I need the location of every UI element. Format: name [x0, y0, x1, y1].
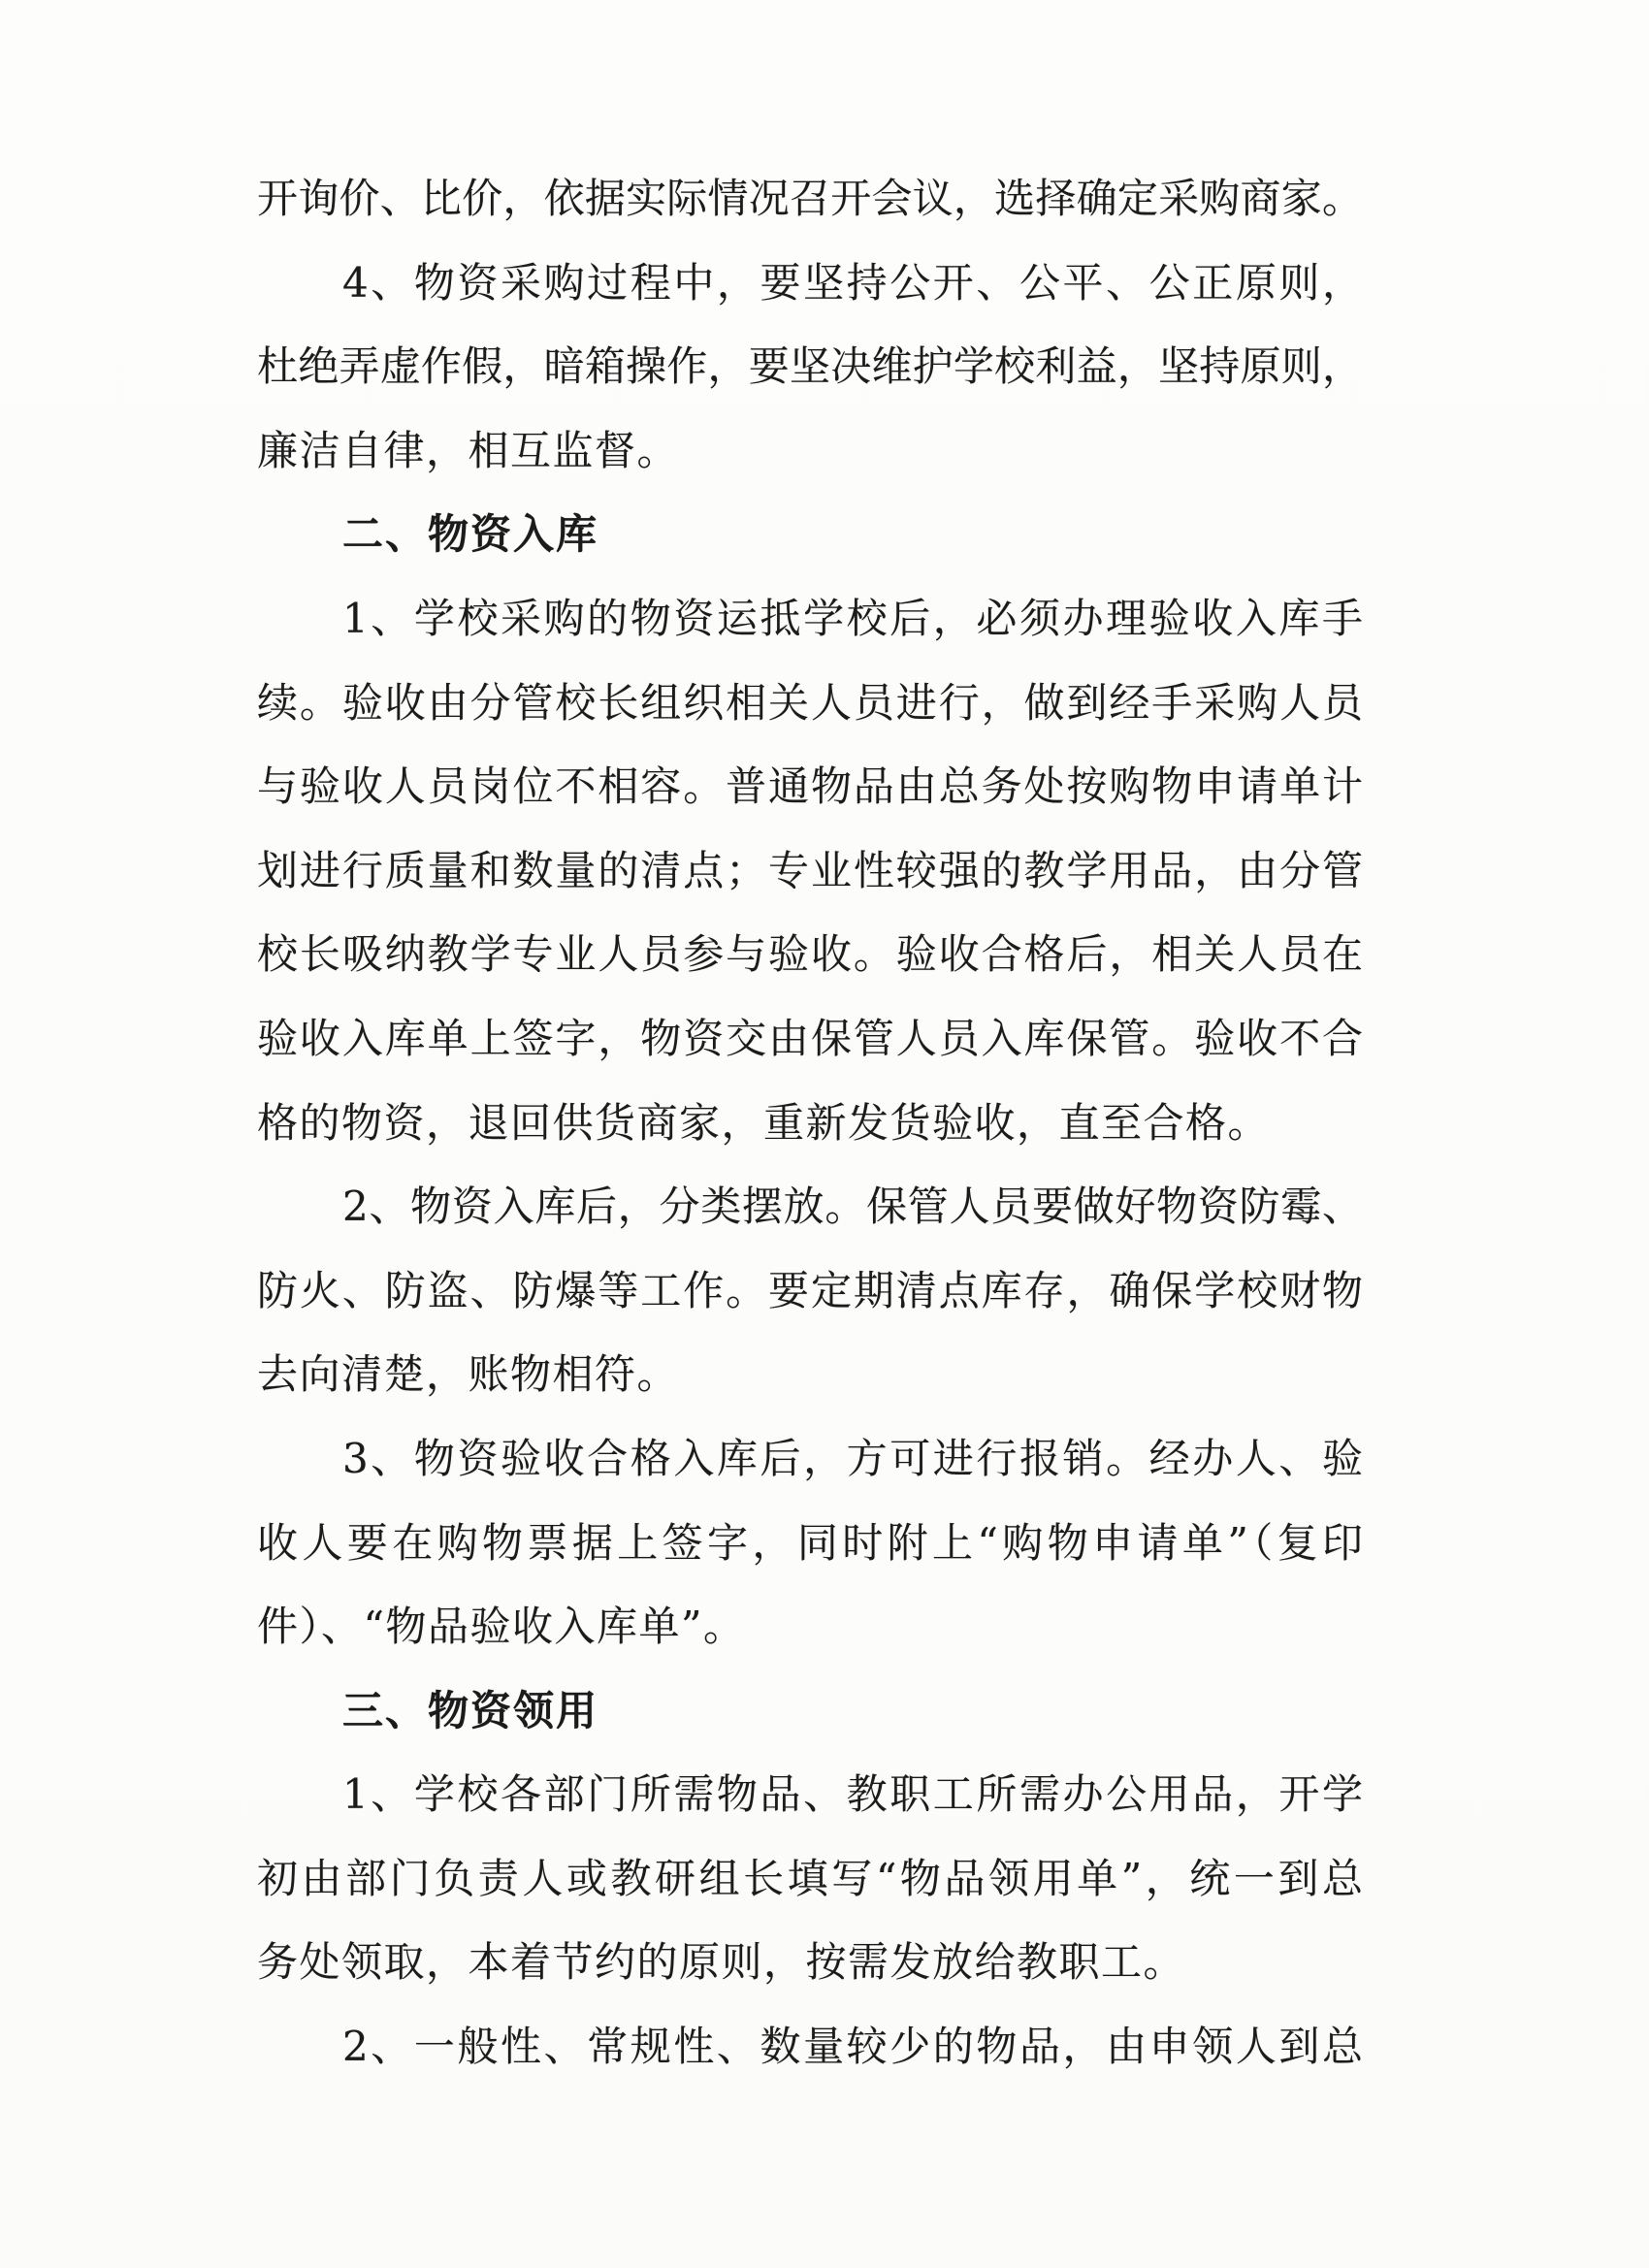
text-line: 初由部门负责人或教研组长填写“物品领用单”，统一到总: [257, 1837, 1363, 1922]
text-line: 件）、“物品验收入库单”。: [257, 1585, 1363, 1669]
section-heading: 二、物资入库: [257, 493, 1363, 577]
section-heading: 三、物资领用: [257, 1669, 1363, 1754]
text-line: 续。验收由分管校长组织相关人员进行，做到经手采购人员: [257, 662, 1363, 746]
text-line: 校长吸纳教学专业人员参与验收。验收合格后，相关人员在: [257, 913, 1363, 997]
text-line: 务处领取，本着节约的原则，按需发放给教职工。: [257, 1921, 1363, 2005]
text-line: 开询价、比价，依据实际情况召开会议，选择确定采购商家。: [257, 157, 1363, 242]
text-line: 收人要在购物票据上签字，同时附上“购物申请单”（复印: [257, 1502, 1363, 1586]
text-line: 去向清楚，账物相符。: [257, 1333, 1363, 1417]
text-line: 杜绝弄虚作假，暗箱操作，要坚决维护学校利益，坚持原则，: [257, 325, 1363, 409]
text-line: 2、物资入库后，分类摆放。保管人员要做好物资防霉、: [257, 1165, 1363, 1249]
text-line: 验收入库单上签字，物资交由保管人员入库保管。验收不合: [257, 997, 1363, 1082]
text-line: 2、一般性、常规性、数量较少的物品，由申领人到总: [257, 2005, 1363, 2090]
text-line: 3、物资验收合格入库后，方可进行报销。经办人、验: [257, 1417, 1363, 1502]
text-line: 格的物资，退回供货商家，重新发货验收，直至合格。: [257, 1082, 1363, 1166]
document-text-block: 开询价、比价，依据实际情况召开会议，选择确定采购商家。4、物资采购过程中，要坚持…: [257, 157, 1363, 2090]
text-line: 1、学校采购的物资运抵学校后，必须办理验收入库手: [257, 577, 1363, 662]
text-line: 防火、防盗、防爆等工作。要定期清点库存，确保学校财物: [257, 1249, 1363, 1334]
text-line: 4、物资采购过程中，要坚持公开、公平、公正原则，: [257, 242, 1363, 326]
text-line: 廉洁自律，相互监督。: [257, 409, 1363, 494]
text-line: 与验收人员岗位不相容。普通物品由总务处按购物申请单计: [257, 745, 1363, 829]
scanned-document-page: 开询价、比价，依据实际情况召开会议，选择确定采购商家。4、物资采购过程中，要坚持…: [0, 0, 1649, 2268]
text-line: 1、学校各部门所需物品、教职工所需办公用品，开学: [257, 1753, 1363, 1837]
text-line: 划进行质量和数量的清点；专业性较强的教学用品，由分管: [257, 829, 1363, 914]
